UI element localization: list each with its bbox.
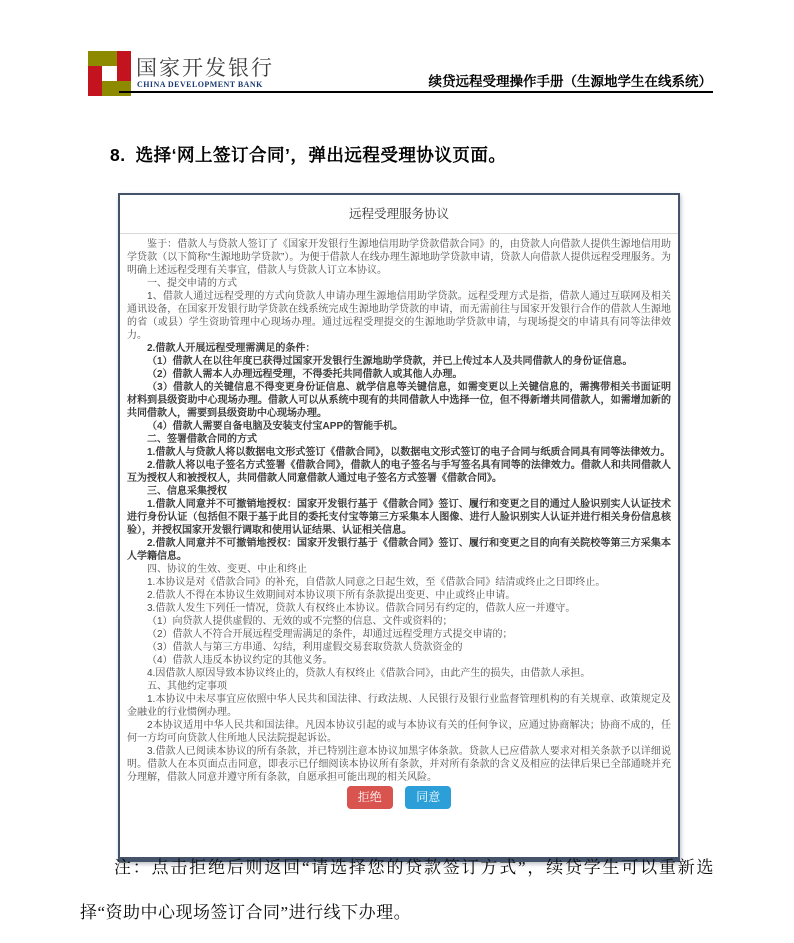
agreement-paragraph: 3.借款人发生下列任一情况，贷款人有权终止本协议。借款合同另有约定的，借款人应一… [127, 602, 671, 615]
bank-name-en: CHINA DEVELOPMENT BANK [137, 80, 263, 89]
agreement-paragraph: 1.借款人同意并不可撤销地授权：国家开发银行基于《借款合同》签订、履行和变更之目… [127, 498, 671, 537]
agreement-paragraph: 1.借款人与贷款人将以数据电文形式签订《借款合同》，以数据电文形式签订的电子合同… [127, 446, 671, 459]
dialog-actions: 拒绝 同意 [120, 786, 678, 809]
logo-tile [117, 51, 131, 81]
remote-agreement-dialog: 远程受理服务协议 鉴于：借款人与贷款人签订了《国家开发银行生源地信用助学贷款借款… [118, 193, 680, 862]
agreement-paragraph: 一、提交申请的方式 [127, 277, 671, 290]
logo-tile [88, 51, 117, 66]
agreement-paragraph: 2.借款人不得在本协议生效期间对本协议项下所有条款提出变更、中止或终止申请。 [127, 589, 671, 602]
step-text: 选择‘网上签订合同’，弹出远程受理协议页面。 [136, 145, 507, 165]
agreement-paragraph: 2.借款人将以电子签名方式签署《借款合同》，借款人的电子签名与手写签名具有同等的… [127, 459, 671, 485]
agreement-paragraph: 3.借款人已阅读本协议的所有条款，并已特别注意本协议加黑字体条款。贷款人已应借款… [127, 745, 671, 784]
agreement-paragraph: 二、签署借款合同的方式 [127, 433, 671, 446]
agreement-paragraph: 2.借款人开展远程受理需满足的条件： [127, 342, 671, 355]
agreement-paragraph: 2本协议适用中华人民共和国法律。凡因本协议引起的或与本协议有关的任何争议，应通过… [127, 719, 671, 745]
agreement-paragraph: （1）借款人在以往年度已获得过国家开发银行生源地助学贷款，并已上传过本人及共同借… [127, 355, 671, 368]
logo-tile [88, 66, 102, 96]
agreement-paragraph: 2.借款人同意并不可撤销地授权：国家开发银行基于《借款合同》签订、履行和变更之目… [127, 537, 671, 563]
agreement-paragraph: （4）借款人违反本协议约定的其他义务。 [127, 654, 671, 667]
agreement-paragraph: 4.因借款人原因导致本协议终止的，贷款人有权终止《借款合同》，由此产生的损失，由… [127, 667, 671, 680]
agreement-paragraph: （1）向贷款人提供虚假的、无效的或不完整的信息、文件或资料的； [127, 615, 671, 628]
agreement-paragraph: 鉴于：借款人与贷款人签订了《国家开发银行生源地信用助学贷款借款合同》的，由贷款人… [127, 238, 671, 277]
manual-page: 国家开发银行 CHINA DEVELOPMENT BANK 续贷远程受理操作手册… [0, 0, 794, 943]
agreement-paragraph: 三、信息采集授权 [127, 485, 671, 498]
agreement-paragraph: 1.本协议中未尽事宜应依照中华人民共和国法律、行政法规、人民银行及银行业监督管理… [127, 693, 671, 719]
logo-tile [102, 81, 131, 96]
step-heading: 8.选择‘网上签订合同’，弹出远程受理协议页面。 [110, 142, 506, 167]
note-text: 注：点击拒绝后则返回“请选择您的贷款签订方式”，续贷学生可以重新选择“资助中心现… [80, 845, 714, 935]
reject-button[interactable]: 拒绝 [347, 786, 393, 809]
agreement-text: 鉴于：借款人与贷款人签订了《国家开发银行生源地信用助学贷款借款合同》的，由贷款人… [120, 234, 678, 784]
dialog-title: 远程受理服务协议 [120, 195, 678, 234]
agreement-paragraph: 1.本协议是对《借款合同》的补充，自借款人同意之日起生效，至《借款合同》结清或终… [127, 576, 671, 589]
agreement-paragraph: （3）借款人与第三方串通、勾结，利用虚假交易套取贷款人贷款资金的 [127, 641, 671, 654]
bank-name-cn: 国家开发银行 [136, 52, 274, 82]
agreement-paragraph: （2）借款人需本人办理远程受理，不得委托共同借款人或其他人办理。 [127, 368, 671, 381]
cdb-logo-icon [88, 51, 131, 96]
agreement-paragraph: 1、借款人通过远程受理的方式向贷款人申请办理生源地信用助学贷款。远程受理方式是指… [127, 290, 671, 342]
agreement-paragraph: 四、协议的生效、变更、中止和终止 [127, 563, 671, 576]
header-divider [119, 91, 713, 93]
agreement-paragraph: （2）借款人不符合开展远程受理需满足的条件，却通过远程受理方式提交申请的； [127, 628, 671, 641]
agreement-paragraph: 五、其他约定事项 [127, 680, 671, 693]
agreement-paragraph: （4）借款人需要自备电脑及安装支付宝APP的智能手机。 [127, 420, 671, 433]
manual-title: 续贷远程受理操作手册（生源地学生在线系统） [429, 70, 713, 90]
agree-button[interactable]: 同意 [405, 786, 451, 809]
agreement-paragraph: （3）借款人的关键信息不得变更身份证信息、就学信息等关键信息，如需变更以上关键信… [127, 381, 671, 420]
step-number: 8. [110, 145, 126, 165]
